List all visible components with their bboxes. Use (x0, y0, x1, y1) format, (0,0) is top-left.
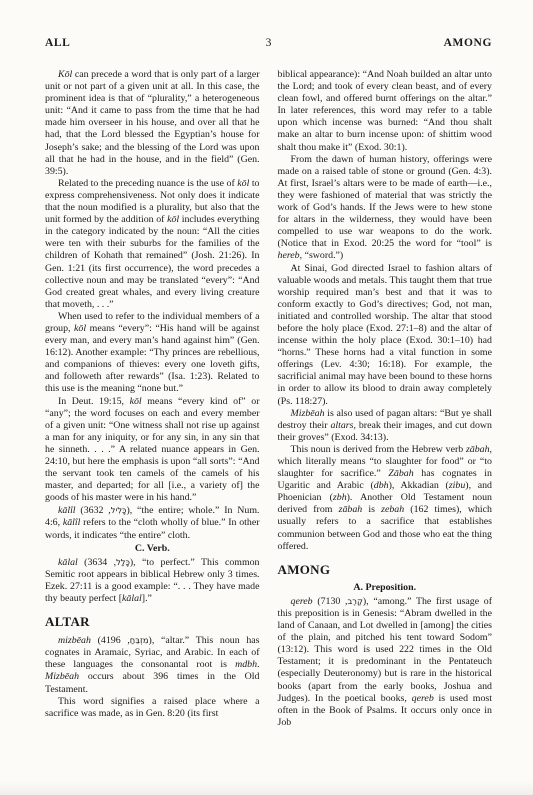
section-heading: C. Verb. (45, 543, 260, 555)
paragraph: Kōl can precede a word that is only part… (45, 69, 260, 178)
paragraph: When used to refer to the individual mem… (45, 311, 260, 396)
paragraph: This noun is derived from the Hebrew ver… (278, 444, 493, 553)
column-right: biblical appearance): “And Noah builded … (278, 69, 493, 729)
paragraph: Related to the preceding nuance is the u… (45, 178, 260, 311)
entry-heading: AMONG (278, 562, 493, 577)
paragraph: At Sinai, God directed Israel to fashion… (278, 263, 493, 408)
hebrew-word: כָּלִיל (111, 505, 127, 515)
section-heading: A. Preposition. (278, 582, 493, 594)
hebrew-word: מִזְבֵּחַ (130, 635, 149, 645)
page-content: ALL 3 AMONG Kōl can precede a word that … (45, 37, 492, 729)
paragraph: qereb (קֶרֶב, 7130), “among.” The first … (278, 595, 493, 729)
dictionary-page: ALL 3 AMONG Kōl can precede a word that … (0, 0, 533, 795)
hebrew-word: כָּלַל (116, 557, 130, 567)
running-head-left: ALL (45, 37, 266, 50)
entry-heading: ALTAR (45, 614, 260, 629)
paragraph: biblical appearance): “And Noah builded … (278, 69, 493, 154)
running-header: ALL 3 AMONG (45, 37, 492, 50)
paragraph: mizbēah (מִזְבֵּחַ, 4196), “altar.” This… (45, 634, 260, 695)
paragraph: In Deut. 19:15, kōl means “every kind of… (45, 396, 260, 505)
paragraph: kālîl (כָּלִיל, 3632), “the entire; whol… (45, 504, 260, 541)
paragraph: This word signifies a raised place where… (45, 696, 260, 720)
hebrew-word: קֶרֶב (348, 596, 363, 606)
column-left: Kōl can precede a word that is only part… (45, 69, 260, 729)
paragraph: kālal (כָּלַל, 3634), “to perfect.” This… (45, 556, 260, 605)
paragraph: Mizbēah is also used of pagan altars: “B… (278, 408, 493, 444)
running-head-right: AMONG (271, 37, 492, 50)
paragraph: From the dawn of human history, offering… (278, 154, 493, 263)
text-columns: Kōl can precede a word that is only part… (45, 69, 492, 729)
